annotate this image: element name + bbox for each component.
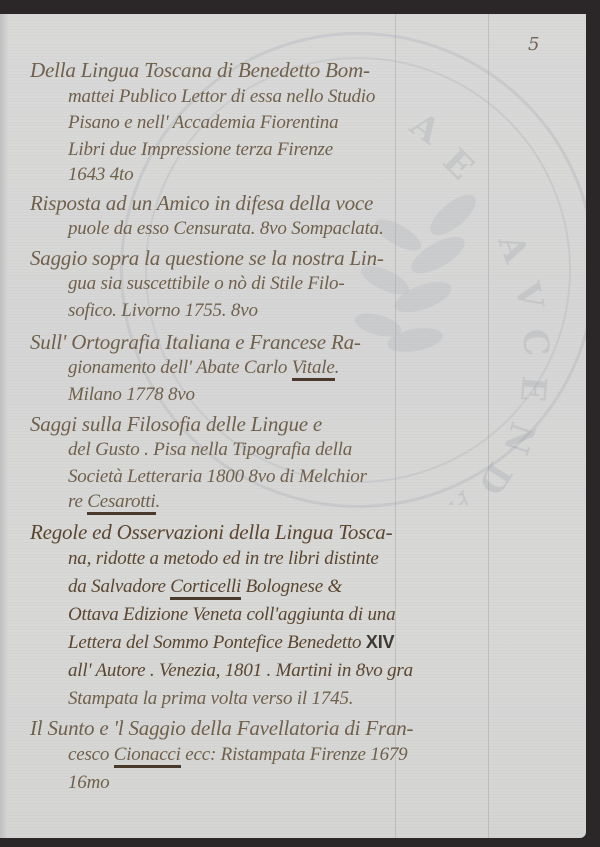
entry-line: Saggio sopra la questione se la nostra L… bbox=[30, 246, 384, 271]
svg-text:E: E bbox=[435, 141, 482, 188]
page-left-edge bbox=[0, 14, 8, 838]
entry-line: Lettera del Sommo Pontefice Benedetto XI… bbox=[68, 632, 394, 654]
entry-line: gionamento dell' Abate Carlo Vitale. bbox=[68, 357, 339, 379]
entry-line: gua sia suscettibile o nò di Stile Filo- bbox=[68, 273, 344, 295]
entry-line: Pisano e nell' Accademia Fiorentina bbox=[68, 112, 338, 134]
entry-line: na, ridotte a metodo ed in tre libri dis… bbox=[68, 548, 379, 570]
svg-text:A: A bbox=[438, 483, 486, 505]
svg-text:D: D bbox=[470, 455, 520, 501]
entry-line: Ottava Edizione Veneta coll'aggiunta di … bbox=[68, 604, 395, 626]
entry-text: gionamento dell' Abate Carlo bbox=[68, 357, 292, 378]
entry-text: cesco bbox=[68, 744, 114, 765]
svg-text:V: V bbox=[506, 278, 551, 314]
entry-line: Risposta ad un Amico in difesa della voc… bbox=[30, 191, 373, 216]
entry-line: da Salvadore Corticelli Bolognese & bbox=[68, 576, 342, 598]
entry-text: da Salvadore bbox=[68, 576, 170, 597]
ruled-margin-line bbox=[395, 14, 396, 838]
underlined-author-name: Cionacci bbox=[114, 744, 181, 768]
entry-line: 16mo bbox=[68, 772, 109, 794]
entry-line: Milano 1778 8vo bbox=[68, 384, 195, 406]
entry-text: re bbox=[68, 491, 87, 512]
entry-line: puole da esso Censurata. 8vo Sompaclata. bbox=[68, 218, 384, 240]
entry-line: re Cesarotti. bbox=[68, 491, 160, 513]
entry-line: Regole ed Osservazioni della Lingua Tosc… bbox=[30, 520, 392, 545]
entry-line: Libri due Impressione terza Firenze bbox=[68, 139, 333, 161]
entry-line: cesco Cionacci ecc: Ristampata Firenze 1… bbox=[68, 744, 407, 766]
entry-line: Sull' Ortografia Italiana e Francese Ra- bbox=[30, 330, 361, 355]
entry-punctuation: . bbox=[156, 491, 161, 512]
entry-line: mattei Publico Lettor di essa nello Stud… bbox=[68, 86, 375, 108]
entry-line: Della Lingua Toscana di Benedetto Bom- bbox=[30, 58, 370, 83]
entry-text: ecc: Ristampata Firenze 1679 bbox=[181, 744, 408, 765]
underlined-author-name: Cesarotti bbox=[87, 491, 155, 515]
entry-punctuation: . bbox=[335, 357, 340, 378]
entry-line: sofico. Livorno 1755. 8vo bbox=[68, 300, 258, 322]
entry-line: all' Autore . Venezia, 1801 . Martini in… bbox=[68, 660, 413, 682]
svg-text:A: A bbox=[489, 228, 536, 268]
svg-text:N: N bbox=[495, 417, 543, 459]
pope-numeral: XIV bbox=[366, 632, 394, 652]
entry-line: Stampata la prima volta verso il 1745. bbox=[68, 688, 353, 710]
svg-text:E: E bbox=[512, 374, 554, 403]
underlined-author-name: Vitale bbox=[292, 357, 335, 381]
ruled-margin-line bbox=[488, 14, 489, 838]
entry-line: Saggi sulla Filosofia delle Lingue e bbox=[30, 412, 322, 437]
entry-line: Il Sunto e 'l Saggio della Favellatoria … bbox=[30, 716, 413, 741]
entry-line: Società Letteraria 1800 8vo di Melchior bbox=[68, 466, 367, 488]
underlined-author-name: Corticelli bbox=[170, 576, 241, 600]
svg-text:C: C bbox=[514, 327, 556, 357]
entry-line: 1643 4to bbox=[68, 164, 133, 186]
entry-text: Lettera del Sommo Pontefice Benedetto bbox=[68, 632, 366, 653]
manuscript-page: A E A V C E N D A E 5 Della Lingua Tosca… bbox=[0, 14, 586, 838]
folio-number: 5 bbox=[528, 34, 539, 55]
entry-text: Bolognese & bbox=[241, 576, 342, 597]
entry-line: del Gusto . Pisa nella Tipografia della bbox=[68, 439, 352, 461]
svg-text:A: A bbox=[402, 104, 448, 153]
